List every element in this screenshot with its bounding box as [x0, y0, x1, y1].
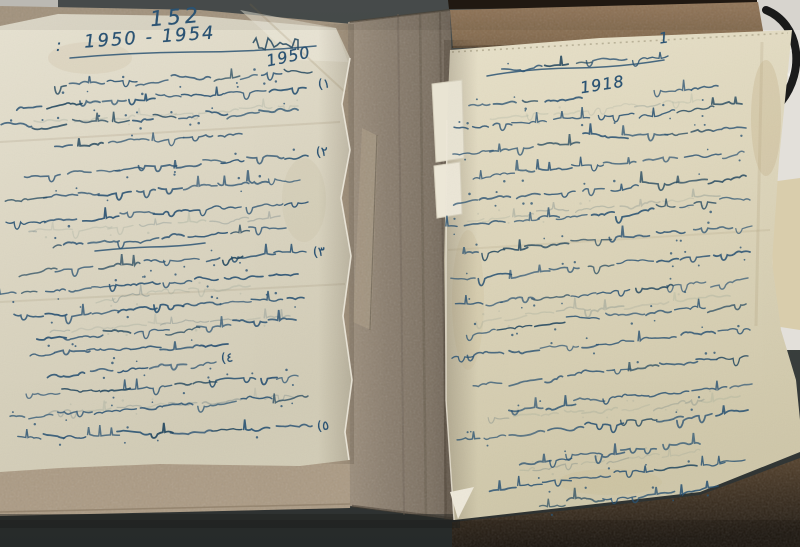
scene-canvas — [0, 0, 800, 547]
vignette-top — [0, 0, 800, 30]
list-marker-4: (٤ — [220, 350, 234, 366]
list-marker-2: (٢ — [315, 144, 329, 160]
vignette-bottom — [0, 520, 800, 547]
photograph: 152 1950 - 1954 : 1950 (١ (٢ (٣ (٤ (٥ 1 … — [0, 0, 800, 547]
list-marker-5: (٥ — [316, 418, 330, 434]
list-marker-1: (١ — [317, 76, 331, 92]
list-marker-3: (٣ — [312, 244, 326, 260]
left-page-punctuation: : — [56, 36, 61, 55]
right-page-number: 1 — [658, 28, 670, 47]
